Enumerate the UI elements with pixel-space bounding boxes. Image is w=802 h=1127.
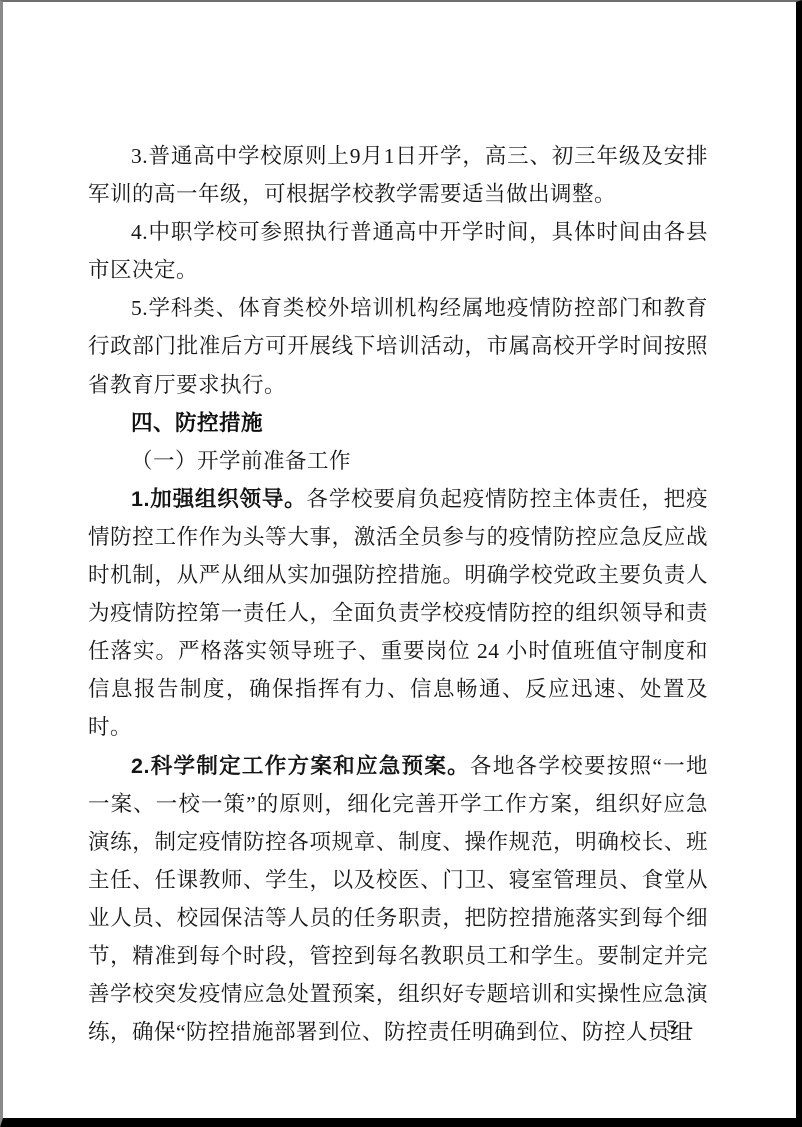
numbered-paragraph-2-lead: 2.科学制定工作方案和应急预案。 — [131, 754, 470, 778]
page-number: - 5 - — [649, 1015, 696, 1041]
subsection-heading: （一）开学前准备工作 — [88, 442, 708, 480]
numbered-paragraph-1-text: 各学校要肩负起疫情防控主体责任，把疫情防控工作作为头等大事，激活全员参与的疫情防… — [88, 487, 708, 740]
paragraph-item-5: 5.学科类、体育类校外培训机构经属地疫情防控部门和教育行政部门批准后方可开展线下… — [88, 289, 708, 403]
document-body: 3.普通高中学校原则上9月1日开学，高三、初三年级及安排军训的高一年级，可根据学… — [88, 137, 708, 1051]
numbered-paragraph-2: 2.科学制定工作方案和应急预案。各地各学校要按照“一地一案、一校一策”的原则，细… — [88, 747, 708, 1052]
numbered-paragraph-1-lead: 1.加强组织领导。 — [131, 487, 307, 511]
numbered-paragraph-1: 1.加强组织领导。各学校要肩负起疫情防控主体责任，把疫情防控工作作为头等大事，激… — [88, 480, 708, 747]
numbered-paragraph-2-text: 各地各学校要按照“一地一案、一校一策”的原则，细化完善开学工作方案，组织好应急演… — [88, 754, 708, 1045]
paragraph-item-4: 4.中职学校可参照执行普通高中开学时间，具体时间由各县市区决定。 — [88, 213, 708, 289]
document-page: 3.普通高中学校原则上9月1日开学，高三、初三年级及安排军训的高一年级，可根据学… — [0, 0, 802, 1127]
paragraph-item-3: 3.普通高中学校原则上9月1日开学，高三、初三年级及安排军训的高一年级，可根据学… — [88, 137, 708, 213]
section-heading: 四、防控措施 — [88, 404, 708, 442]
